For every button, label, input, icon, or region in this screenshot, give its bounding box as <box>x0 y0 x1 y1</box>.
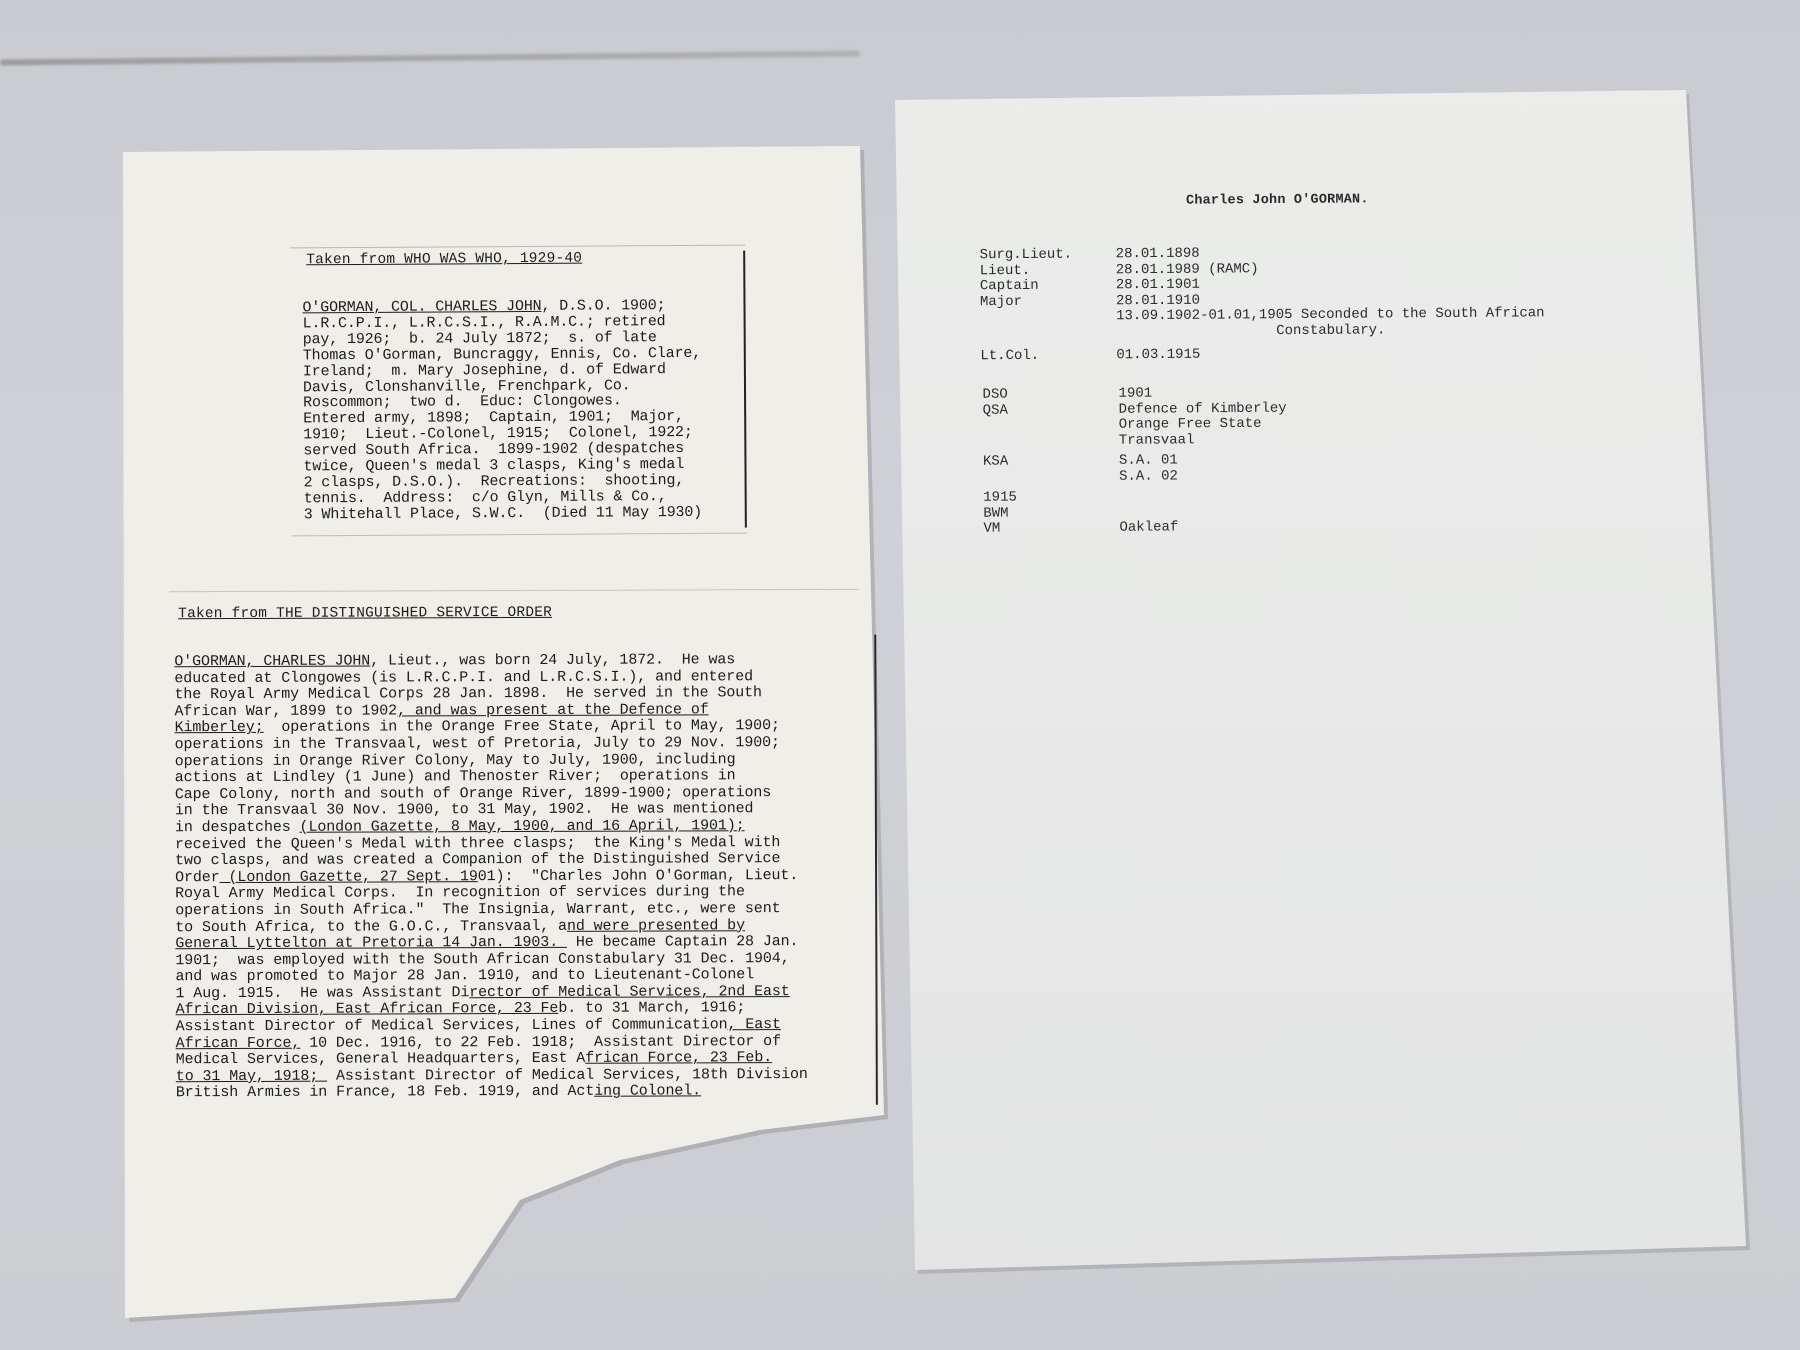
body-line: operations in the Transvaal, west of Pre… <box>175 735 875 754</box>
award-label <box>983 433 1119 449</box>
body-line: operations in South Africa." The Insigni… <box>175 901 875 920</box>
award-label: VM <box>983 521 1119 537</box>
body-line: British Armies in France, 18 Feb. 1919, … <box>176 1083 876 1102</box>
underlined-text: African Force, <box>176 1034 301 1051</box>
award-detail: S.A. 02 <box>1119 467 1483 485</box>
underlined-text: ing Colonel. <box>594 1083 701 1100</box>
who-was-who-body: O'GORMAN, COL. CHARLES JOHN, D.S.O. 1900… <box>302 298 743 523</box>
sheet-title: Charles John O'GORMAN. <box>1186 192 1369 208</box>
award-detail: Oakleaf <box>1119 518 1483 536</box>
award-detail: Transvaal <box>1119 431 1483 449</box>
rank-label: Major <box>980 294 1116 310</box>
award-label <box>983 418 1119 434</box>
rank-label: Lt.Col. <box>980 348 1116 364</box>
underlined-text: General Lyttelton at Pretoria 14 Jan. 19… <box>175 934 567 952</box>
award-label: KSA <box>983 454 1119 470</box>
rank-date: Constabulary. <box>1276 321 1620 339</box>
table-scuff-mark <box>0 50 860 65</box>
underlined-text: (London Gazette, 27 Sept. 19 <box>220 868 478 886</box>
award-row: Transvaal <box>983 431 1483 450</box>
body-line: 3 Whitehall Place, S.W.C. (Died 11 May 1… <box>304 504 702 523</box>
rank-label <box>980 309 1116 325</box>
dso-heading: Taken from THE DISTINGUISHED SERVICE ORD… <box>178 605 552 622</box>
underlined-text: (London Gazette, 8 May, 1900, and 16 Apr… <box>300 817 745 836</box>
underlined-text: rector of Medical Services, 2nd East <box>469 983 790 1001</box>
award-label <box>983 469 1119 485</box>
dso-excerpt: Taken from THE DISTINGUISHED SERVICE ORD… <box>172 595 874 1107</box>
underlined-text: to 31 May, 1918; <box>176 1068 327 1086</box>
award-row: S.A. 02 <box>983 467 1483 486</box>
rank-label: Surg.Lieut. <box>980 247 1116 263</box>
underlined-text: nd were presented by <box>567 917 745 935</box>
underlined-text: O'GORMAN, CHARLES JOHN <box>174 653 370 671</box>
award-label: QSA <box>983 402 1119 418</box>
dso-body: O'GORMAN, CHARLES JOHN, Lieut., was born… <box>174 652 876 1102</box>
rank-label: Lieut. <box>980 263 1116 279</box>
underlined-text: , and was present at the Defence of <box>397 701 709 719</box>
underlined-text: Kimberley; <box>175 719 264 736</box>
awards-table: DSO1901QSADefence of KimberleyOrange Fre… <box>982 384 1483 537</box>
rank-label: Captain <box>980 278 1116 294</box>
award-label: 1915 <box>983 490 1119 506</box>
underlined-text: African Division, East African Force, 23… <box>176 1000 559 1018</box>
service-record-table: Surg.Lieut.28.01.1898Lieut.28.01.1989 (R… <box>980 244 1621 365</box>
who-was-who-heading: Taken from WHO WAS WHO, 1929-40 <box>306 251 582 269</box>
underlined-text: , East <box>727 1016 780 1033</box>
award-label: BWM <box>983 505 1119 521</box>
award-label: DSO <box>982 387 1118 403</box>
who-was-who-excerpt: Taken from WHO WAS WHO, 1929-40 O'GORMAN… <box>296 245 745 531</box>
underlined-text: frican Force, 23 Feb. <box>585 1049 772 1067</box>
